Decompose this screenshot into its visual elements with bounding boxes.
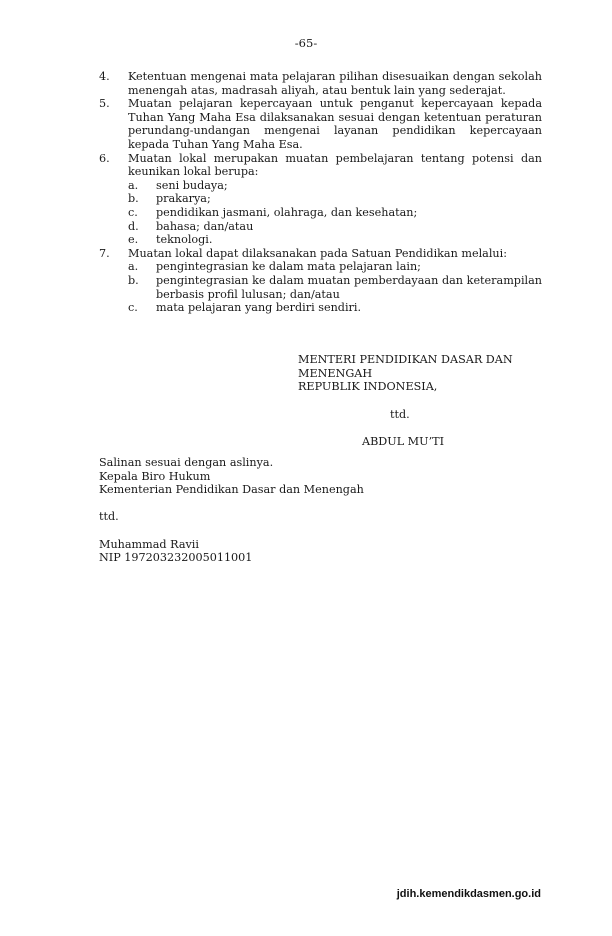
sub-item: d.bahasa; dan/atau bbox=[128, 220, 542, 234]
sub-item: e.teknologi. bbox=[128, 233, 542, 247]
item-number: 4. bbox=[99, 70, 128, 97]
item-text: Muatan lokal dapat dilaksanakan pada Sat… bbox=[128, 247, 542, 261]
list-item-7: 7. Muatan lokal dapat dilaksanakan pada … bbox=[99, 247, 542, 315]
item-text: Ketentuan mengenai mata pelajaran piliha… bbox=[128, 70, 542, 97]
signature-title-line1: MENTERI PENDIDIKAN DASAR DAN bbox=[298, 353, 513, 367]
sub-item: c.pendidikan jasmani, olahraga, dan kese… bbox=[128, 206, 542, 220]
item-text: Muatan lokal merupakan muatan pembelajar… bbox=[128, 152, 542, 179]
copy-line3: Kementerian Pendidikan Dasar dan Menenga… bbox=[99, 483, 364, 497]
signature-title-line2: MENENGAH bbox=[298, 367, 513, 381]
signature-title-line3: REPUBLIK INDONESIA, bbox=[298, 380, 513, 394]
document-body: 4. Ketentuan mengenai mata pelajaran pil… bbox=[99, 70, 542, 315]
item-number: 5. bbox=[99, 97, 128, 151]
footer-url: jdih.kemendikdasmen.go.id bbox=[397, 888, 541, 900]
list-item-4: 4. Ketentuan mengenai mata pelajaran pil… bbox=[99, 70, 542, 97]
sub-item: b.prakarya; bbox=[128, 192, 542, 206]
signature-block: MENTERI PENDIDIKAN DASAR DAN MENENGAH RE… bbox=[298, 353, 513, 394]
item-number: 6. bbox=[99, 152, 128, 247]
copy-nip: NIP 197203232005011001 bbox=[99, 551, 364, 565]
page-number: -65- bbox=[0, 36, 612, 50]
copy-line2: Kepala Biro Hukum bbox=[99, 470, 364, 484]
list-item-5: 5. Muatan pelajaran kepercayaan untuk pe… bbox=[99, 97, 542, 151]
copy-name: Muhammad Ravii bbox=[99, 538, 364, 552]
item-text: Muatan pelajaran kepercayaan untuk penga… bbox=[128, 97, 542, 151]
certified-copy-block: Salinan sesuai dengan aslinya. Kepala Bi… bbox=[99, 456, 364, 565]
sub-item: b.pengintegrasian ke dalam muatan pember… bbox=[128, 274, 542, 301]
copy-ttd: ttd. bbox=[99, 510, 364, 524]
list-item-6: 6. Muatan lokal merupakan muatan pembela… bbox=[99, 152, 542, 247]
signatory-name: ABDUL MU’TI bbox=[362, 435, 444, 448]
item-number: 7. bbox=[99, 247, 128, 315]
copy-line1: Salinan sesuai dengan aslinya. bbox=[99, 456, 364, 470]
sub-item: c.mata pelajaran yang berdiri sendiri. bbox=[128, 301, 542, 315]
sub-item: a.seni budaya; bbox=[128, 179, 542, 193]
sub-item: a.pengintegrasian ke dalam mata pelajara… bbox=[128, 260, 542, 274]
signature-ttd: ttd. bbox=[390, 408, 410, 421]
